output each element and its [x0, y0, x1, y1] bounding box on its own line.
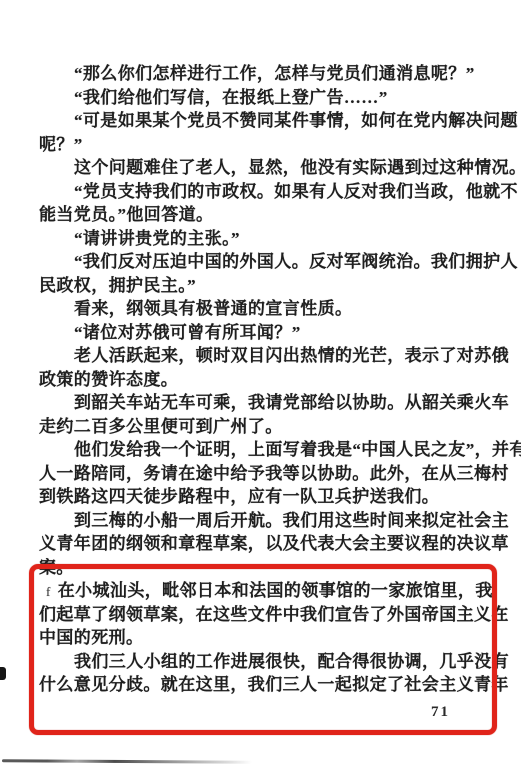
text-line: 我们三人小组的工作进展很快，配合得很协调，几乎没有 [39, 650, 499, 674]
text-line: 看来，纲领具有极普通的宣言性质。 [39, 297, 499, 321]
text-line: 民政权，拥护民主。” [39, 274, 499, 298]
text-line: 到韶关车站无车可乘，我请党部给以协助。从韶关乘火车 [39, 391, 499, 415]
scanned-book-page: “那么你们怎样进行工作，怎样与党员们通消息呢？”“我们给他们写信，在报纸上登广告… [0, 0, 521, 778]
text-line: 这个问题难住了老人，显然，他没有实际遇到过这种情况。 [39, 156, 499, 180]
text-line: f在小城汕头，毗邻日本和法国的领事馆的一家旅馆里，我 [39, 579, 499, 603]
text-line: 老人活跃起来，顿时双目闪出热情的光芒，表示了对苏俄 [39, 344, 499, 368]
text-line: 政策的赞许态度。 [39, 368, 499, 392]
text-line: 走约二百多公里便可到广州了。 [39, 415, 499, 439]
page-text-column: “那么你们怎样进行工作，怎样与党员们通消息呢？”“我们给他们写信，在报纸上登广告… [39, 62, 499, 697]
text-line: “请讲讲贵党的主张。” [39, 227, 499, 251]
text-line: “可是如果某个党员不赞同某件事情，如何在党内解决问题 [39, 109, 499, 133]
text-line: 义青年团的纲领和章程草案，以及代表大会主要议程的决议草 [39, 532, 499, 556]
text-line: “我们给他们写信，在报纸上登广告……” [39, 86, 499, 110]
text-line: 他们发给我一个证明，上面写着我是“中国人民之友”，并有 [39, 438, 499, 462]
text-line: “党员支持我们的市政权。如果有人反对我们当政，他就不 [39, 180, 499, 204]
text-line: 什么意见分歧。就在这里，我们三人一起拟定了社会主义青年 [39, 673, 499, 697]
text-line: 中国的死刑。 [39, 626, 499, 650]
page-number: 71 [431, 704, 450, 721]
text-line: 到铁路这四天徒步路程中，应有一队卫兵护送我们。 [39, 485, 499, 509]
text-line: “那么你们怎样进行工作，怎样与党员们通消息呢？” [39, 62, 499, 86]
scan-artifact-left-edge-mark [0, 667, 6, 680]
footnote-mark-artifact: f [46, 584, 58, 599]
text-line: “我们反对压迫中国的外国人。反对军阀统治。我们拥护人 [39, 250, 499, 274]
text-line: 人一路陪同，务请在途中给予我等以协助。此外，在从三梅村 [39, 462, 499, 486]
text-line: 能当党员。”他回答道。 [39, 203, 499, 227]
text-line: 案。 [39, 556, 499, 580]
text-line: 到三梅的小船一周后开航。我们用这些时间来拟定社会主 [39, 509, 499, 533]
text-line: 呢？” [39, 133, 499, 157]
text-line: “诸位对苏俄可曾有所耳闻？” [39, 321, 499, 345]
scan-artifact-bottom-smudge [2, 759, 252, 764]
text-line: 们起草了纲领草案，在这些文件中我们宣告了外国帝国主义在 [39, 603, 499, 627]
